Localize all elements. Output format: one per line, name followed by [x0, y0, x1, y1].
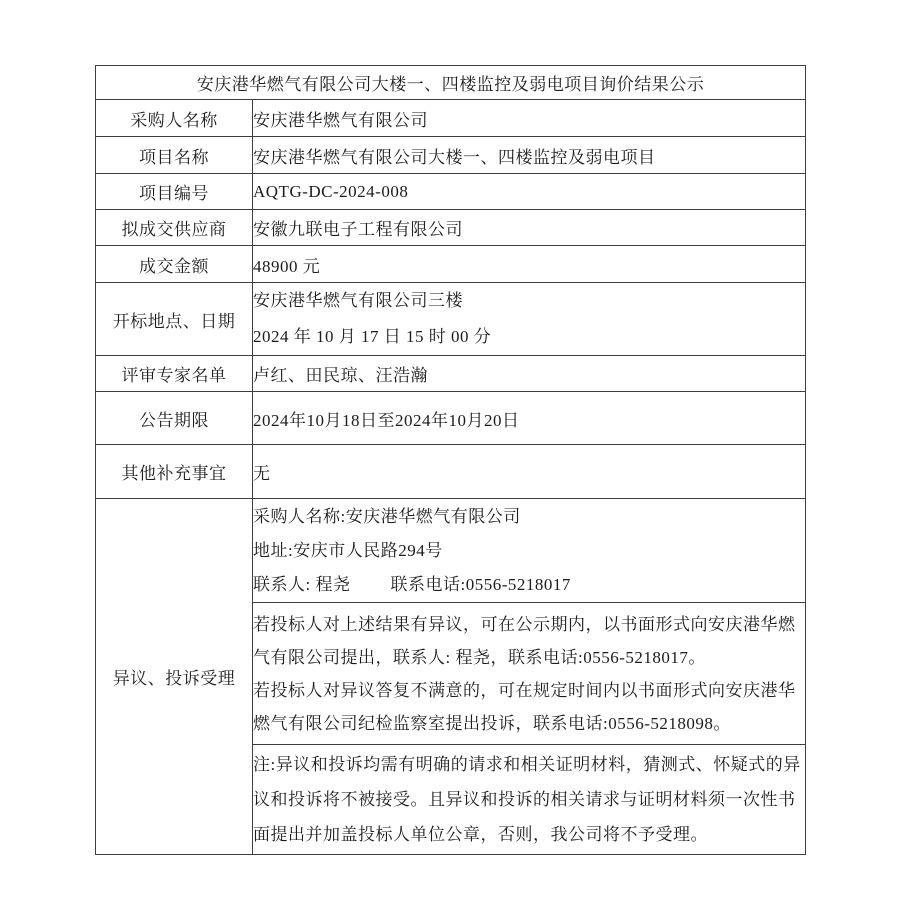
table-row-title: 安庆港华燃气有限公司大楼一、四楼监控及弱电项目询价结果公示 — [96, 66, 806, 100]
objection-contact-line: 联系人: 程尧联系电话:0556-5218017 — [253, 568, 805, 602]
objection-note-cell: 注:异议和投诉均需有明确的请求和相关证明材料，猜测式、怀疑式的异议和投诉将不被接… — [253, 745, 806, 855]
table-row-bid-opening: 开标地点、日期 安庆港华燃气有限公司三楼 2024 年 10 月 17 日 15… — [96, 283, 806, 356]
bid-opening-datetime: 2024 年 10 月 17 日 15 时 00 分 — [253, 319, 805, 355]
row-label-other-matters: 其他补充事宜 — [96, 445, 253, 499]
row-label-bid-opening: 开标地点、日期 — [96, 283, 253, 356]
row-label-project-name: 项目名称 — [96, 137, 253, 174]
bid-opening-place: 安庆港华燃气有限公司三楼 — [253, 283, 805, 319]
table-row-objection-contact: 异议、投诉受理 采购人名称:安庆港华燃气有限公司 地址:安庆市人民路294号 联… — [96, 499, 806, 603]
table-row-other-matters: 其他补充事宜 无 — [96, 445, 806, 499]
row-value-supplier: 安徽九联电子工程有限公司 — [253, 210, 806, 246]
objection-purchaser: 采购人名称:安庆港华燃气有限公司 — [253, 500, 805, 534]
table-row-purchaser: 采购人名称 安庆港华燃气有限公司 — [96, 100, 806, 137]
table-row-project-name: 项目名称 安庆港华燃气有限公司大楼一、四楼监控及弱电项目 — [96, 137, 806, 174]
row-label-notice-period: 公告期限 — [96, 392, 253, 445]
table-row-supplier: 拟成交供应商 安徽九联电子工程有限公司 — [96, 210, 806, 246]
row-label-amount: 成交金额 — [96, 246, 253, 283]
row-value-bid-opening: 安庆港华燃气有限公司三楼 2024 年 10 月 17 日 15 时 00 分 — [253, 283, 806, 356]
table-row-project-number: 项目编号 AQTG-DC-2024-008 — [96, 174, 806, 210]
row-label-project-number: 项目编号 — [96, 174, 253, 210]
row-label-purchaser: 采购人名称 — [96, 100, 253, 137]
announcement-table: 安庆港华燃气有限公司大楼一、四楼监控及弱电项目询价结果公示 采购人名称 安庆港华… — [95, 65, 806, 855]
row-value-project-name: 安庆港华燃气有限公司大楼一、四楼监控及弱电项目 — [253, 137, 806, 174]
objection-address: 地址:安庆市人民路294号 — [253, 534, 805, 568]
table-row-notice-period: 公告期限 2024年10月18日至2024年10月20日 — [96, 392, 806, 445]
row-label-objection: 异议、投诉受理 — [96, 499, 253, 855]
objection-contact-cell: 采购人名称:安庆港华燃气有限公司 地址:安庆市人民路294号 联系人: 程尧联系… — [253, 499, 806, 603]
objection-procedure-cell: 若投标人对上述结果有异议，可在公示期内，以书面形式向安庆港华燃气有限公司提出，联… — [253, 603, 806, 745]
row-value-purchaser: 安庆港华燃气有限公司 — [253, 100, 806, 137]
row-value-amount: 48900 元 — [253, 246, 806, 283]
objection-procedure-para2: 若投标人对异议答复不满意的，可在规定时间内以书面形式向安庆港华燃气有限公司纪检监… — [253, 674, 805, 740]
table-row-amount: 成交金额 48900 元 — [96, 246, 806, 283]
objection-note-text: 注:异议和投诉均需有明确的请求和相关证明材料，猜测式、怀疑式的异议和投诉将不被接… — [253, 747, 805, 852]
objection-procedure-para1: 若投标人对上述结果有异议，可在公示期内，以书面形式向安庆港华燃气有限公司提出，联… — [253, 608, 805, 674]
document-page: { "table": { "title": "安庆港华燃气有限公司大楼一、四楼监… — [0, 0, 900, 914]
table-row-experts: 评审专家名单 卢红、田民琼、汪浩瀚 — [96, 356, 806, 392]
row-value-experts: 卢红、田民琼、汪浩瀚 — [253, 356, 806, 392]
objection-contact-phone: 联系电话:0556-5218017 — [390, 575, 570, 594]
row-label-supplier: 拟成交供应商 — [96, 210, 253, 246]
row-value-other-matters: 无 — [253, 445, 806, 499]
page-title: 安庆港华燃气有限公司大楼一、四楼监控及弱电项目询价结果公示 — [96, 66, 806, 100]
row-value-project-number: AQTG-DC-2024-008 — [253, 174, 806, 210]
row-label-experts: 评审专家名单 — [96, 356, 253, 392]
objection-contact-person: 联系人: 程尧 — [253, 575, 350, 594]
row-value-notice-period: 2024年10月18日至2024年10月20日 — [253, 392, 806, 445]
